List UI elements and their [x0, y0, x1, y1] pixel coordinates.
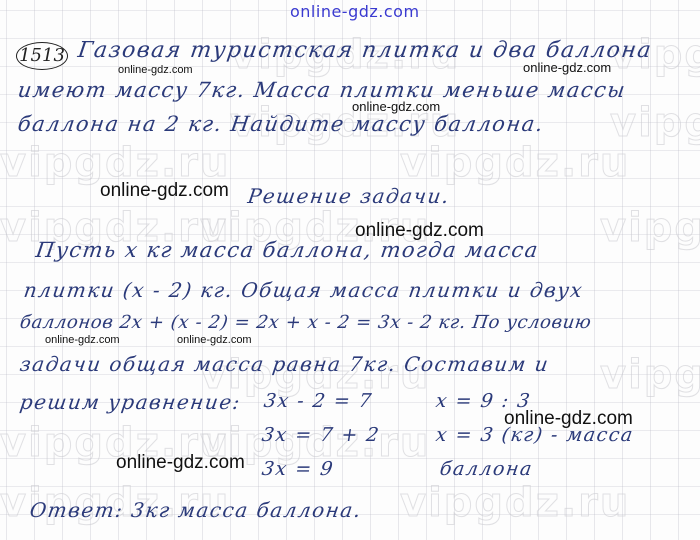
top-watermark: online-gdz.com — [290, 2, 420, 21]
site-watermark: online-gdz.com — [352, 99, 440, 114]
solution-line: баллонов 2x + (x - 2) = 2x + x - 2 = 3x … — [19, 312, 593, 333]
equation: 3x - 2 = 7 — [262, 390, 374, 412]
solution-line: плитки (x - 2) кг. Общая масса плитки и … — [22, 278, 585, 302]
equation: баллона — [438, 458, 534, 480]
solution-line: решим уравнение: — [18, 390, 242, 414]
solution-heading: Решение задачи. — [246, 184, 451, 208]
task-line: баллона на 2 кг. Найдите массу баллона. — [16, 112, 545, 136]
site-watermark: online-gdz.com — [45, 334, 120, 346]
background-watermark: vipgdz.ru — [600, 352, 700, 398]
equation: 3x = 7 + 2 — [260, 424, 381, 446]
site-watermark: online-gdz.com — [523, 60, 611, 75]
background-watermark: vipgdz.ru — [400, 480, 630, 526]
background-watermark: vipgdz.ru — [600, 205, 700, 251]
background-watermark: vipgdz.ru — [400, 140, 630, 186]
notebook-page: vipgdz.ru vipgdz.ru vipgdz.ru vipgdz.ru … — [0, 0, 700, 540]
site-watermark: online-gdz.com — [504, 408, 633, 430]
solution-line: задачи общая масса равна 7кг. Составим и — [18, 352, 551, 376]
answer-line: Ответ: 3кг масса баллона. — [28, 498, 363, 522]
task-line: имеют массу 7кг. Масса плитки меньше мас… — [16, 78, 627, 102]
site-watermark: online-gdz.com — [100, 180, 229, 202]
site-watermark: online-gdz.com — [118, 64, 193, 76]
site-watermark: online-gdz.com — [177, 334, 252, 346]
site-watermark: online-gdz.com — [355, 220, 484, 242]
site-watermark: online-gdz.com — [116, 452, 245, 474]
task-number: 1513 — [16, 42, 68, 70]
equation: 3x = 9 — [260, 458, 335, 480]
